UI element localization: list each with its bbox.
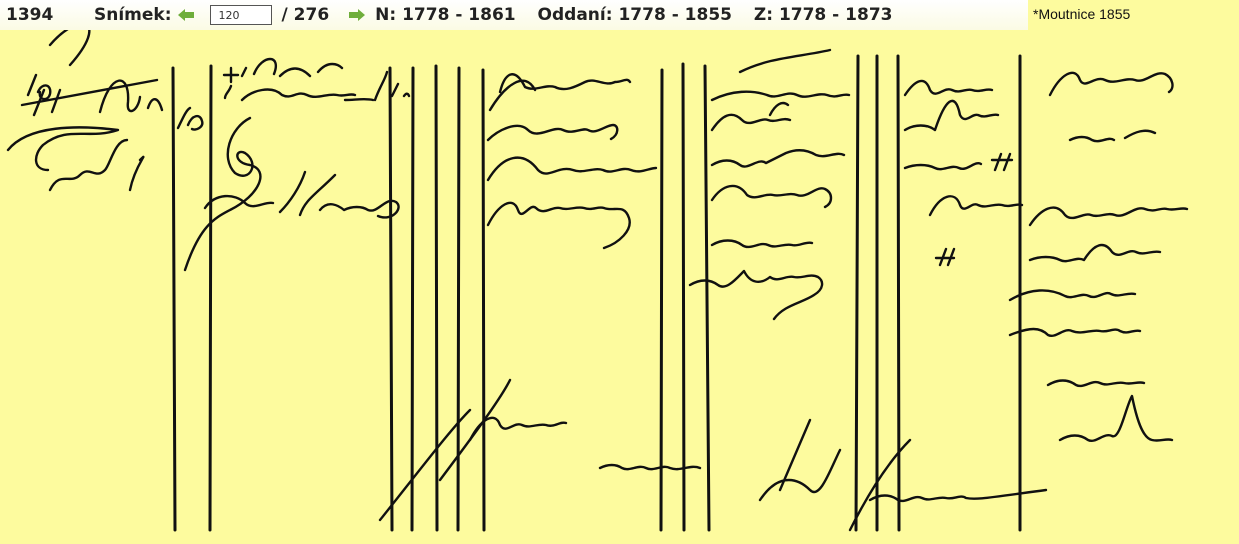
arrow-left-icon[interactable]: [178, 9, 194, 21]
register-scan-image: [0, 30, 1239, 544]
total-pages: / 276: [282, 5, 330, 25]
frame-label: Snímek:: [94, 5, 172, 25]
deaths-range-link[interactable]: Z: 1778 - 1873: [754, 5, 893, 25]
date-ranges: N: 1778 - 1861 Oddaní: 1778 - 1855 Z: 17…: [375, 5, 908, 25]
parish-caption: *Moutnice 1855: [1033, 6, 1130, 22]
marriages-range-link[interactable]: Oddaní: 1778 - 1855: [538, 5, 732, 25]
births-range-link[interactable]: N: 1778 - 1861: [375, 5, 515, 25]
page-number-input[interactable]: [210, 5, 272, 25]
arrow-right-icon[interactable]: [349, 9, 365, 21]
record-number: 1394: [6, 5, 94, 25]
register-toolbar: 1394 Snímek: / 276 N: 1778 - 1861 Oddaní…: [0, 0, 1028, 30]
